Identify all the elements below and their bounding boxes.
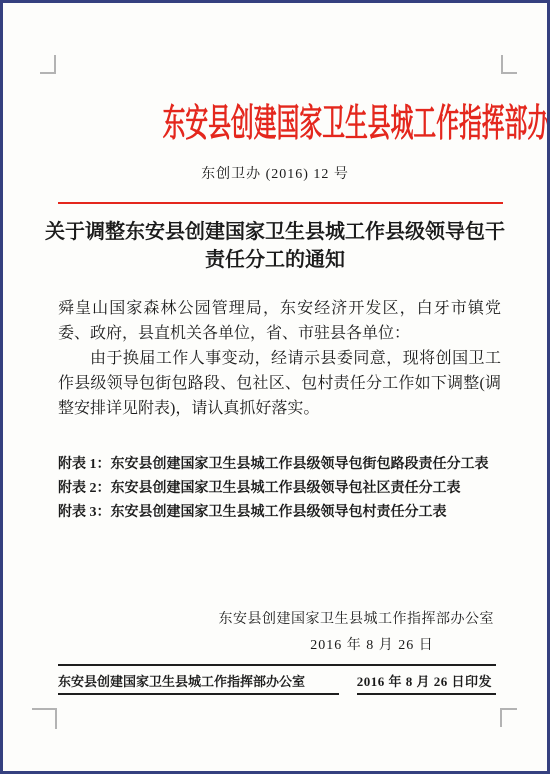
red-letterhead-banner: 东安县创建国家卫生县城工作指挥部办公室文件	[3, 99, 547, 151]
footer-print-date: 2016 年 8 月 26 日印发	[357, 671, 496, 695]
official-document-page: 东安县创建国家卫生县城工作指挥部办公室文件 东创卫办 (2016) 12 号 关…	[0, 0, 550, 774]
crop-mark-bottom-left-icon	[32, 708, 57, 729]
attachment-list: 附表 1：东安县创建国家卫生县城工作县级领导包街包路段责任分工表 附表 2：东安…	[58, 453, 501, 525]
document-reference-number: 东创卫办 (2016) 12 号	[3, 163, 547, 183]
attachment-item-1: 附表 1：东安县创建国家卫生县城工作县级领导包街包路段责任分工表	[58, 453, 501, 477]
footer-issuing-office: 东安县创建国家卫生县城工作指挥部办公室	[58, 671, 339, 695]
crop-mark-top-right-icon	[501, 55, 517, 74]
attachment-item-2: 附表 2：东安县创建国家卫生县城工作县级领导包社区责任分工表	[58, 477, 501, 501]
document-footer: 东安县创建国家卫生县城工作指挥部办公室 2016 年 8 月 26 日印发	[58, 664, 496, 695]
document-body: 舜皇山国家森林公园管理局，东安经济开发区，白牙市镇党委、政府，县直机关各单位，省…	[58, 296, 501, 421]
document-title-line1: 关于调整东安县创建国家卫生县城工作县级领导包干	[33, 218, 517, 246]
document-title: 关于调整东安县创建国家卫生县城工作县级领导包干 责任分工的通知	[33, 218, 517, 274]
issuing-org-title: 东安县创建国家卫生县城工作指挥部办公室文件	[163, 99, 550, 149]
signature-date: 2016 年 8 月 26 日	[250, 634, 494, 654]
crop-mark-bottom-right-icon	[500, 708, 517, 727]
crop-mark-top-left-icon	[40, 55, 56, 74]
main-paragraph: 由于换届工作人事变动，经请示县委同意，现将创国卫工作县级领导包街包路段、包社区、…	[58, 346, 501, 421]
signature-organization: 东安县创建国家卫生县城工作指挥部办公室	[3, 608, 494, 628]
document-title-line2: 责任分工的通知	[33, 246, 517, 274]
attachment-item-3: 附表 3：东安县创建国家卫生县城工作县级领导包村责任分工表	[58, 501, 501, 525]
red-separator-rule	[58, 202, 503, 204]
recipients-paragraph: 舜皇山国家森林公园管理局，东安经济开发区，白牙市镇党委、政府，县直机关各单位，省…	[58, 296, 501, 346]
